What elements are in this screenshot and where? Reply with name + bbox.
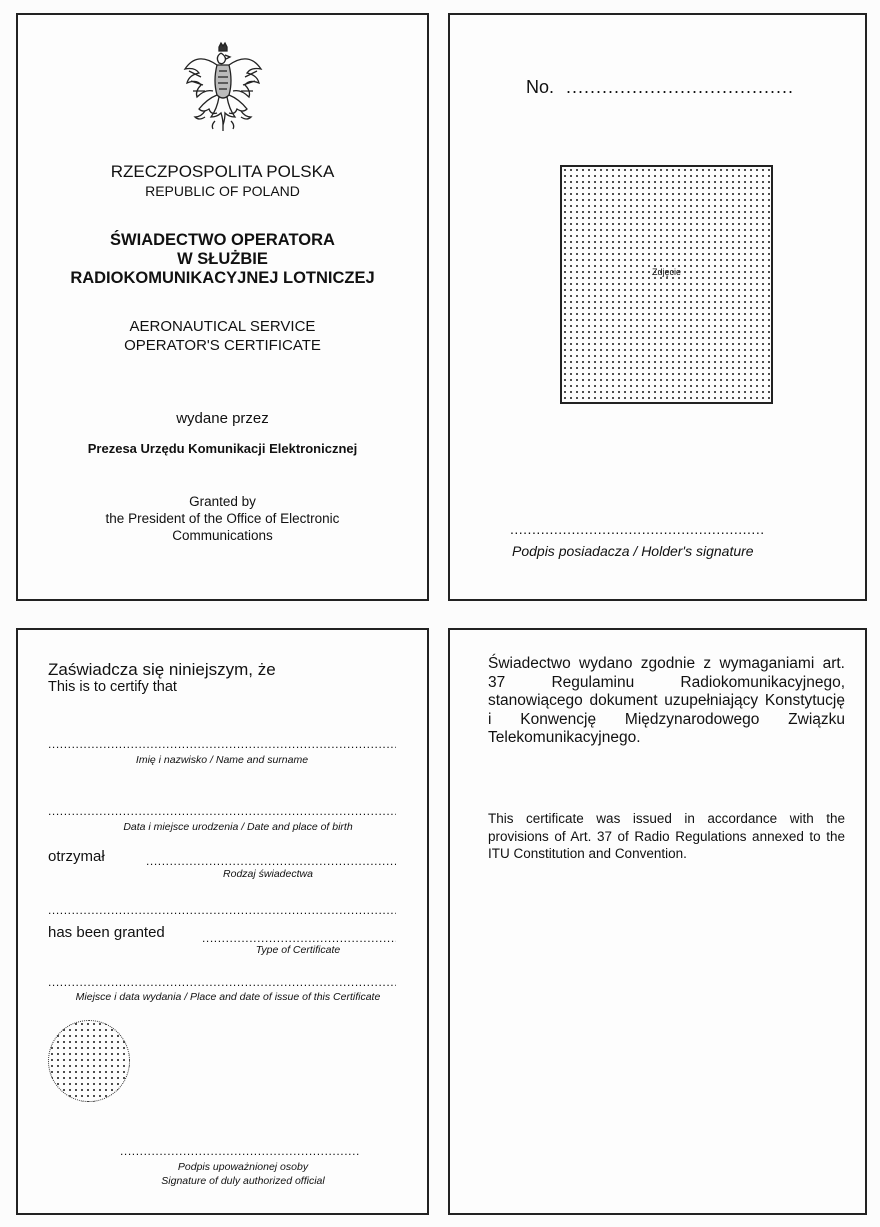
caption-en: Signature of duly authorized official xyxy=(118,1174,368,1188)
received-field[interactable]: ........................................… xyxy=(146,855,396,867)
granted-label-en: has been granted xyxy=(48,924,165,941)
birth-caption: Data i miejsce urodzenia / Date and plac… xyxy=(78,821,398,833)
birth-field[interactable]: ........................................… xyxy=(48,805,396,817)
title-line: RADIOKOMUNIKACYJNEJ LOTNICZEJ xyxy=(18,269,427,288)
country-name-pl: RZECZPOSPOLITA POLSKA xyxy=(18,162,427,182)
polish-eagle-icon xyxy=(181,41,265,131)
title-line: OPERATOR'S CERTIFICATE xyxy=(18,336,427,355)
certificate-type-field-pl[interactable]: ........................................… xyxy=(48,904,396,916)
issued-by-label-pl: wydane przez xyxy=(18,410,427,427)
cover-page: RZECZPOSPOLITA POLSKA REPUBLIC OF POLAND… xyxy=(16,13,429,601)
issuer-name-pl: Prezesa Urzędu Komunikacji Elektroniczne… xyxy=(18,441,427,456)
certificate-title-pl: ŚWIADECTWO OPERATORA W SŁUŻBIE RADIOKOMU… xyxy=(18,231,427,288)
certificate-type-caption-en: Type of Certificate xyxy=(218,944,378,956)
certificate-type-caption-pl: Rodzaj świadectwa xyxy=(168,868,368,880)
granted-line: Communications xyxy=(18,527,427,544)
certify-heading-en: This is to certify that xyxy=(48,679,177,695)
authorized-signature-field[interactable]: ........................................… xyxy=(120,1145,360,1157)
name-caption: Imię i nazwisko / Name and surname xyxy=(48,754,396,766)
title-line: AERONAUTICAL SERVICE xyxy=(18,317,427,336)
official-stamp-placeholder xyxy=(48,1020,130,1102)
title-line: W SŁUŻBIE xyxy=(18,250,427,269)
certification-page: Zaświadcza się niniejszym, że This is to… xyxy=(16,628,429,1215)
caption-pl: Podpis upoważnionej osoby xyxy=(118,1160,368,1174)
legal-note-pl: Świadectwo wydano zgodnie z wymaganiami … xyxy=(488,655,845,748)
certify-heading-pl: Zaświadcza się niniejszym, że xyxy=(48,660,276,680)
holder-signature-field[interactable]: ........................................… xyxy=(510,521,810,537)
authorized-signature-caption: Podpis upoważnionej osoby Signature of d… xyxy=(118,1160,368,1188)
granted-by-en: Granted by the President of the Office o… xyxy=(18,493,427,544)
country-name-en: REPUBLIC OF POLAND xyxy=(18,183,427,199)
certificate-number-label: No. xyxy=(526,77,554,98)
photo-placeholder[interactable]: Zdjęcie xyxy=(560,165,773,404)
granted-field[interactable]: ........................................… xyxy=(202,932,396,944)
certificate-number-field[interactable]: ...................................... xyxy=(566,77,794,98)
photo-label: Zdjęcie xyxy=(562,267,771,277)
legal-note-en: This certificate was issued in accordanc… xyxy=(488,810,845,863)
holder-signature-label: Podpis posiadacza / Holder's signature xyxy=(512,543,754,559)
photo-page: No. ....................................… xyxy=(448,13,867,601)
name-field[interactable]: ........................................… xyxy=(48,738,396,750)
title-line: ŚWIADECTWO OPERATORA xyxy=(18,231,427,250)
granted-line: Granted by xyxy=(18,493,427,510)
granted-line: the President of the Office of Electroni… xyxy=(18,510,427,527)
received-label-pl: otrzymał xyxy=(48,848,105,865)
legal-note-page: Świadectwo wydano zgodnie z wymaganiami … xyxy=(448,628,867,1215)
certificate-title-en: AERONAUTICAL SERVICE OPERATOR'S CERTIFIC… xyxy=(18,317,427,355)
issue-field[interactable]: ........................................… xyxy=(48,976,396,988)
issue-caption: Miejsce i data wydania / Place and date … xyxy=(38,991,418,1003)
